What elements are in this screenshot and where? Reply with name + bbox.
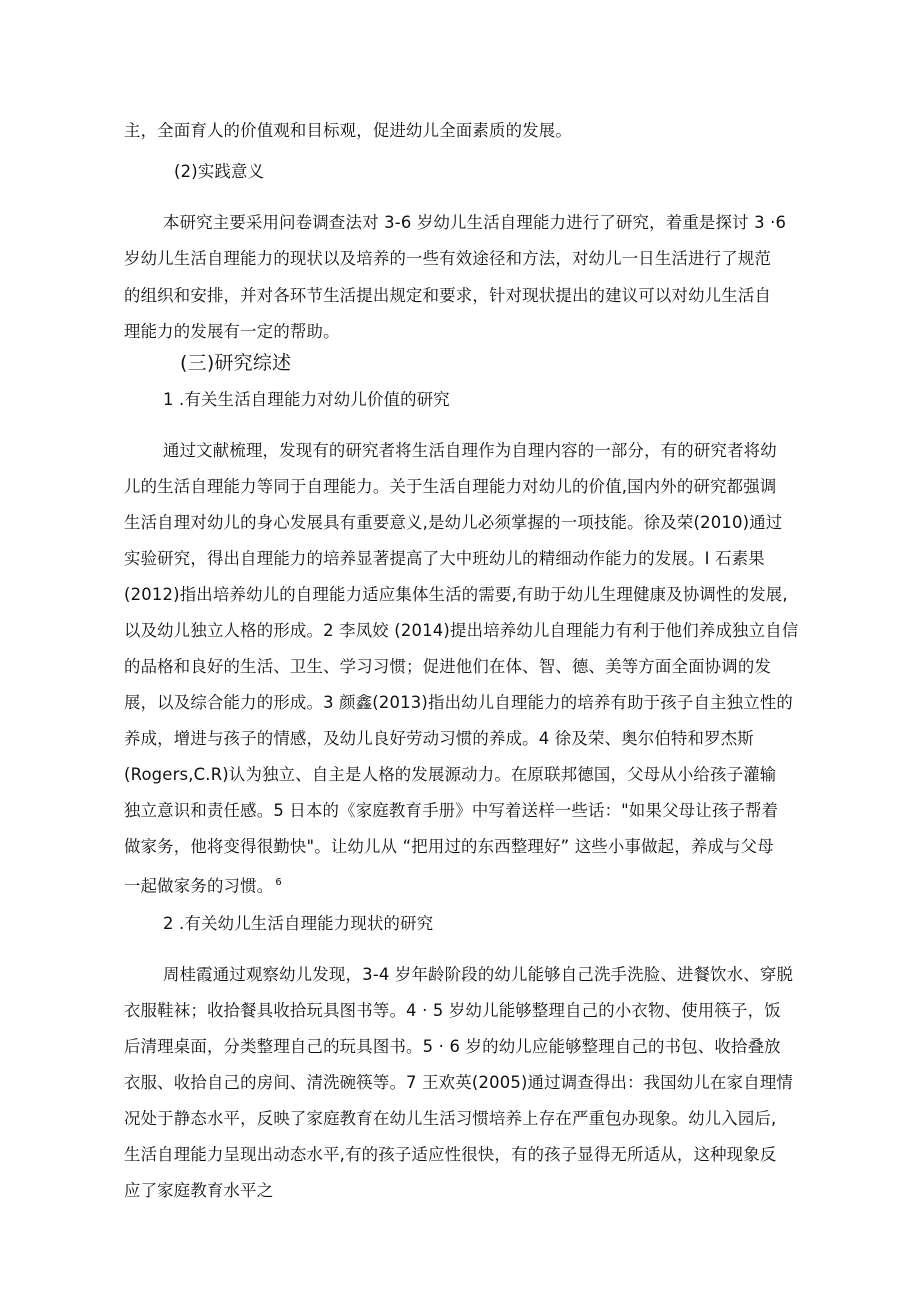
text-line-content: 展，以及综合能力的形成。3 颜鑫(2013)指出幼儿自理能力的培养有助于孩子自主… (124, 693, 793, 712)
footnote-marker: 6 (275, 877, 282, 888)
text-line: 的品格和良好的生活、卫生、学习习惯；促进他们在体、智、德、美等方面全面协调的发 (124, 656, 771, 678)
text-line: 理能力的发展有一定的帮助。 (124, 321, 340, 343)
text-line-content: 养成，增进与孩子的情感，及幼儿良好劳动习惯的养成。4 徐及荣、奥尔伯特和罗杰斯 (124, 729, 754, 748)
text-line: 的组织和安排，并对各环节生活提出规定和要求，针对现状提出的建议可以对幼儿生活自 (124, 285, 771, 307)
text-line-content: 衣服鞋袜；收拾餐具收拾玩具图书等。4 · 5 岁幼儿能够整理自己的小衣物、使用筷… (124, 1001, 781, 1020)
text-line-content: 岁幼儿生活自理能力的现状以及培养的一些有效途径和方法，对幼儿一日生活进行了规范 (124, 249, 771, 268)
text-line-content: 况处于静态水平，反映了家庭教育在幼儿生活习惯培养上存在严重包办现象。幼儿入园后, (124, 1109, 776, 1128)
text-line-content: 理能力的发展有一定的帮助。 (124, 322, 340, 341)
text-line: 2 .有关幼儿生活自理能力现状的研究 (163, 913, 433, 935)
text-line-content: 衣服、收拾自己的房间、清洗碗筷等。7 王欢英(2005)通过调查得出：我国幼儿在… (124, 1073, 793, 1092)
text-line: 以及幼儿独立人格的形成。2 李凤姣 (2014)提出培养幼儿自理能力有利于他们养… (124, 620, 798, 642)
section-heading: (三)研究综述 (180, 350, 291, 376)
text-line-content: 实验研究，得出自理能力的培养显著提高了大中班幼儿的精细动作能力的发展。I 石素果 (124, 549, 765, 568)
text-line-content: (三)研究综述 (180, 352, 291, 374)
text-line: (2)实践意义 (174, 161, 264, 183)
text-line: 周桂霞通过观察幼儿发现，3-4 岁年龄阶段的幼儿能够自己洗手洗脸、进餐饮水、穿脱 (163, 964, 793, 986)
text-line: 实验研究，得出自理能力的培养显著提高了大中班幼儿的精细动作能力的发展。I 石素果 (124, 548, 765, 570)
text-line: 独立意识和责任感。5 日本的《家庭教育手册》中写着送样一些话："如果父母让孩子帮… (124, 800, 778, 822)
text-line-content: 生活自理能力呈现出动态水平,有的孩子适应性很快，有的孩子显得无所适从，这种现象反 (124, 1145, 776, 1164)
text-line-content: 独立意识和责任感。5 日本的《家庭教育手册》中写着送样一些话："如果父母让孩子帮… (124, 801, 778, 820)
text-line: 1 .有关生活自理能力对幼儿价值的研究 (163, 389, 450, 411)
text-line-content: 周桂霞通过观察幼儿发现，3-4 岁年龄阶段的幼儿能够自己洗手洗脸、进餐饮水、穿脱 (163, 965, 793, 984)
text-line-content: 后清理桌面，分类整理自己的玩具图书。5 · 6 岁的幼儿应能够整理自己的书包、收… (124, 1037, 781, 1056)
text-line-content: 以及幼儿独立人格的形成。2 李凤姣 (2014)提出培养幼儿自理能力有利于他们养… (124, 621, 798, 640)
text-line: 衣服鞋袜；收拾餐具收拾玩具图书等。4 · 5 岁幼儿能够整理自己的小衣物、使用筷… (124, 1000, 781, 1022)
text-line: 衣服、收拾自己的房间、清洗碗筷等。7 王欢英(2005)通过调查得出：我国幼儿在… (124, 1072, 793, 1094)
text-line: 本研究主要采用问卷调查法对 3-6 岁幼儿生活自理能力进行了研究，着重是探讨 3… (163, 212, 786, 234)
text-line-content: 1 .有关生活自理能力对幼儿价值的研究 (163, 390, 450, 409)
text-line-content: 做家务，他将变得很勤快"。让幼儿从 “把用过的东西整理好” 这些小事做起，养成与… (124, 837, 774, 856)
text-line-content: 通过文献梳理，发现有的研究者将生活自理作为自理内容的一部分，有的研究者将幼 (163, 441, 777, 460)
text-line: 养成，增进与孩子的情感，及幼儿良好劳动习惯的养成。4 徐及荣、奥尔伯特和罗杰斯 (124, 728, 754, 750)
text-line: (Rogers,C.R)认为独立、自主是人格的发展源动力。在原联邦德国，父母从小… (124, 764, 776, 786)
text-line-content: 儿的生活自理能力等同于自理能力。关于生活自理能力对幼儿的价值,国内外的研究都强调 (124, 477, 776, 496)
text-line-content: (2)实践意义 (174, 162, 264, 181)
text-line: 生活自理对幼儿的身心发展具有重要意义,是幼儿必须掌握的一项技能。徐及荣(2010… (124, 512, 782, 534)
text-line: 后清理桌面，分类整理自己的玩具图书。5 · 6 岁的幼儿应能够整理自己的书包、收… (124, 1036, 781, 1058)
text-line: 做家务，他将变得很勤快"。让幼儿从 “把用过的东西整理好” 这些小事做起，养成与… (124, 836, 774, 858)
text-line-content: 的组织和安排，并对各环节生活提出规定和要求，针对现状提出的建议可以对幼儿生活自 (124, 286, 771, 305)
text-line-content: 2 .有关幼儿生活自理能力现状的研究 (163, 914, 433, 933)
text-line: 生活自理能力呈现出动态水平,有的孩子适应性很快，有的孩子显得无所适从，这种现象反 (124, 1144, 776, 1166)
text-line-content: (2012)指出培养幼儿的自理能力适应集体生活的需要,有助于幼儿生理健康及协调性… (124, 585, 788, 604)
text-line-content: 本研究主要采用问卷调查法对 3-6 岁幼儿生活自理能力进行了研究，着重是探讨 3… (163, 213, 786, 232)
text-line-content: (Rogers,C.R)认为独立、自主是人格的发展源动力。在原联邦德国，父母从小… (124, 765, 776, 784)
text-line: 展，以及综合能力的形成。3 颜鑫(2013)指出幼儿自理能力的培养有助于孩子自主… (124, 692, 793, 714)
text-line: 岁幼儿生活自理能力的现状以及培养的一些有效途径和方法，对幼儿一日生活进行了规范 (124, 248, 771, 270)
text-line-content: 主，全面育人的价值观和目标观，促进幼儿全面素质的发展。 (124, 121, 572, 140)
text-line: (2012)指出培养幼儿的自理能力适应集体生活的需要,有助于幼儿生理健康及协调性… (124, 584, 788, 606)
text-line: 通过文献梳理，发现有的研究者将生活自理作为自理内容的一部分，有的研究者将幼 (163, 440, 777, 462)
text-line: 主，全面育人的价值观和目标观，促进幼儿全面素质的发展。 (124, 120, 572, 142)
text-line-content: 一起做家务的习惯。 (124, 876, 273, 895)
text-line: 况处于静态水平，反映了家庭教育在幼儿生活习惯培养上存在严重包办现象。幼儿入园后, (124, 1108, 776, 1130)
text-line: 一起做家务的习惯。6 (124, 872, 282, 897)
text-line-content: 生活自理对幼儿的身心发展具有重要意义,是幼儿必须掌握的一项技能。徐及荣(2010… (124, 513, 782, 532)
text-line: 儿的生活自理能力等同于自理能力。关于生活自理能力对幼儿的价值,国内外的研究都强调 (124, 476, 776, 498)
text-line: 应了家庭教育水平之 (124, 1180, 273, 1202)
text-line-content: 应了家庭教育水平之 (124, 1181, 273, 1200)
text-line-content: 的品格和良好的生活、卫生、学习习惯；促进他们在体、智、德、美等方面全面协调的发 (124, 657, 771, 676)
